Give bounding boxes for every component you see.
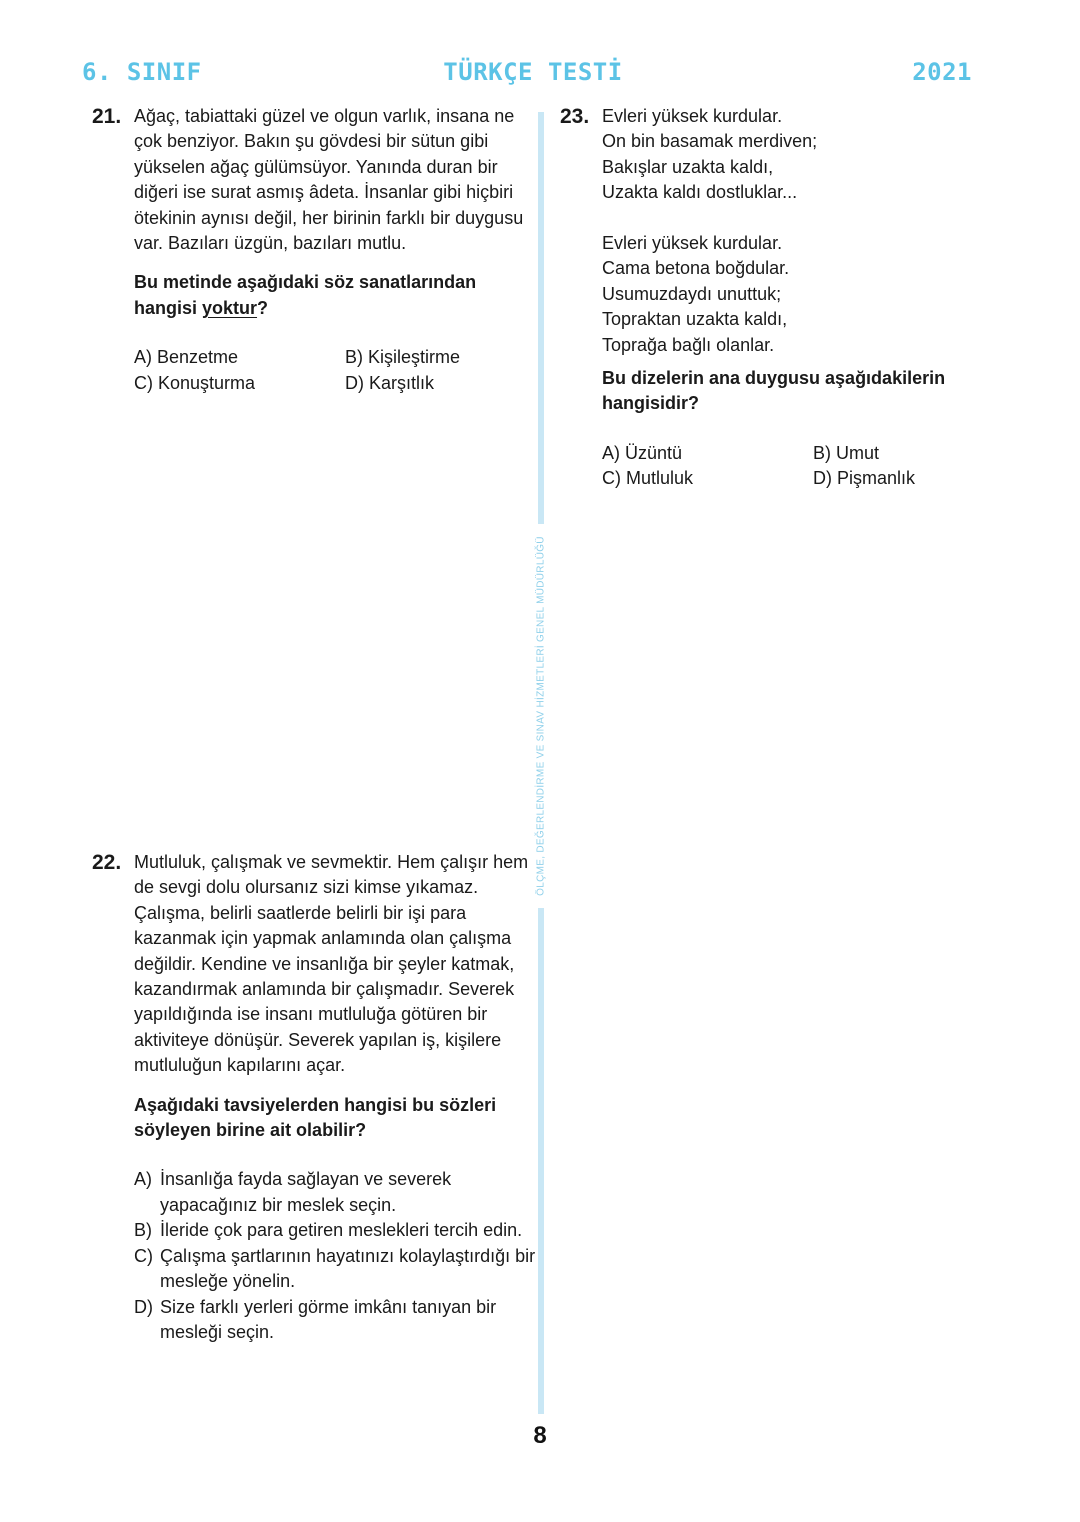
- divider-watermark: ÖLÇME, DEĞERLENDİRME VE SINAV HİZMETLERİ…: [536, 536, 547, 896]
- column-divider-bottom: [538, 908, 544, 1414]
- question-stem: Bu metinde aşağıdaki söz sanatlarından h…: [134, 270, 532, 321]
- poem-line: [602, 206, 990, 231]
- answer-options: A) Üzüntü B) Umut C) Mutluluk D) Pişmanl…: [602, 441, 990, 492]
- option-b[interactable]: B) Kişileştirme: [345, 345, 545, 370]
- poem-line: Cama betona boğdular.: [602, 256, 990, 281]
- page-number: 8: [0, 1422, 1080, 1450]
- option-c[interactable]: C) Mutluluk: [602, 466, 813, 491]
- question-stem: Aşağıdaki tavsiyelerden hangisi bu sözle…: [134, 1093, 537, 1144]
- poem-line: Bakışlar uzakta kaldı,: [602, 155, 990, 180]
- poem-line: Usumuzdaydı unuttuk;: [602, 282, 990, 307]
- poem-line: On bin basamak merdiven;: [602, 129, 990, 154]
- option-a[interactable]: A) Benzetme: [134, 345, 345, 370]
- poem-line: Toprağa bağlı olanlar.: [602, 333, 990, 358]
- question-number: 23.: [560, 104, 589, 129]
- question-number: 21.: [92, 104, 121, 129]
- option-c[interactable]: C) Konuşturma: [134, 371, 345, 396]
- question-stem: Bu dizelerin ana duygusu aşağıdakilerin …: [602, 366, 990, 417]
- option-d[interactable]: D) Pişmanlık: [813, 466, 1013, 491]
- option-a[interactable]: A) Üzüntü: [602, 441, 813, 466]
- poem: Evleri yüksek kurdular. On bin basamak m…: [602, 104, 990, 358]
- poem-line: Topraktan uzakta kaldı,: [602, 307, 990, 332]
- column-divider-top: [538, 112, 544, 524]
- option-d[interactable]: D) Size farklı yerleri görme imkânı tanı…: [134, 1295, 537, 1346]
- answer-options: A) İnsanlığa fayda sağlayan ve severek y…: [134, 1167, 537, 1345]
- question-number: 22.: [92, 850, 121, 875]
- option-b[interactable]: B) İleride çok para getiren meslekleri t…: [134, 1218, 537, 1243]
- question-23: 23. Evleri yüksek kurdular. On bin basam…: [560, 104, 990, 492]
- option-a[interactable]: A) İnsanlığa fayda sağlayan ve severek y…: [134, 1167, 537, 1218]
- question-passage: Ağaç, tabiattaki güzel ve olgun varlık, …: [134, 104, 532, 256]
- option-d[interactable]: D) Karşıtlık: [345, 371, 545, 396]
- option-c[interactable]: C) Çalışma şartlarının hayatınızı kolayl…: [134, 1244, 537, 1295]
- poem-line: Evleri yüksek kurdular.: [602, 231, 990, 256]
- year-label: 2021: [912, 58, 972, 86]
- poem-line: Uzakta kaldı dostluklar...: [602, 180, 990, 205]
- answer-options: A) Benzetme B) Kişileştirme C) Konuşturm…: [134, 345, 532, 396]
- poem-line: Evleri yüksek kurdular.: [602, 104, 990, 129]
- question-21: 21. Ağaç, tabiattaki güzel ve olgun varl…: [92, 104, 532, 396]
- question-passage: Mutluluk, çalışmak ve sevmektir. Hem çal…: [134, 850, 537, 1079]
- question-22: 22. Mutluluk, çalışmak ve sevmektir. Hem…: [92, 850, 537, 1345]
- option-b[interactable]: B) Umut: [813, 441, 1013, 466]
- test-title: TÜRKÇE TESTİ: [0, 58, 1066, 86]
- emphasis-underline: yoktur: [202, 298, 257, 318]
